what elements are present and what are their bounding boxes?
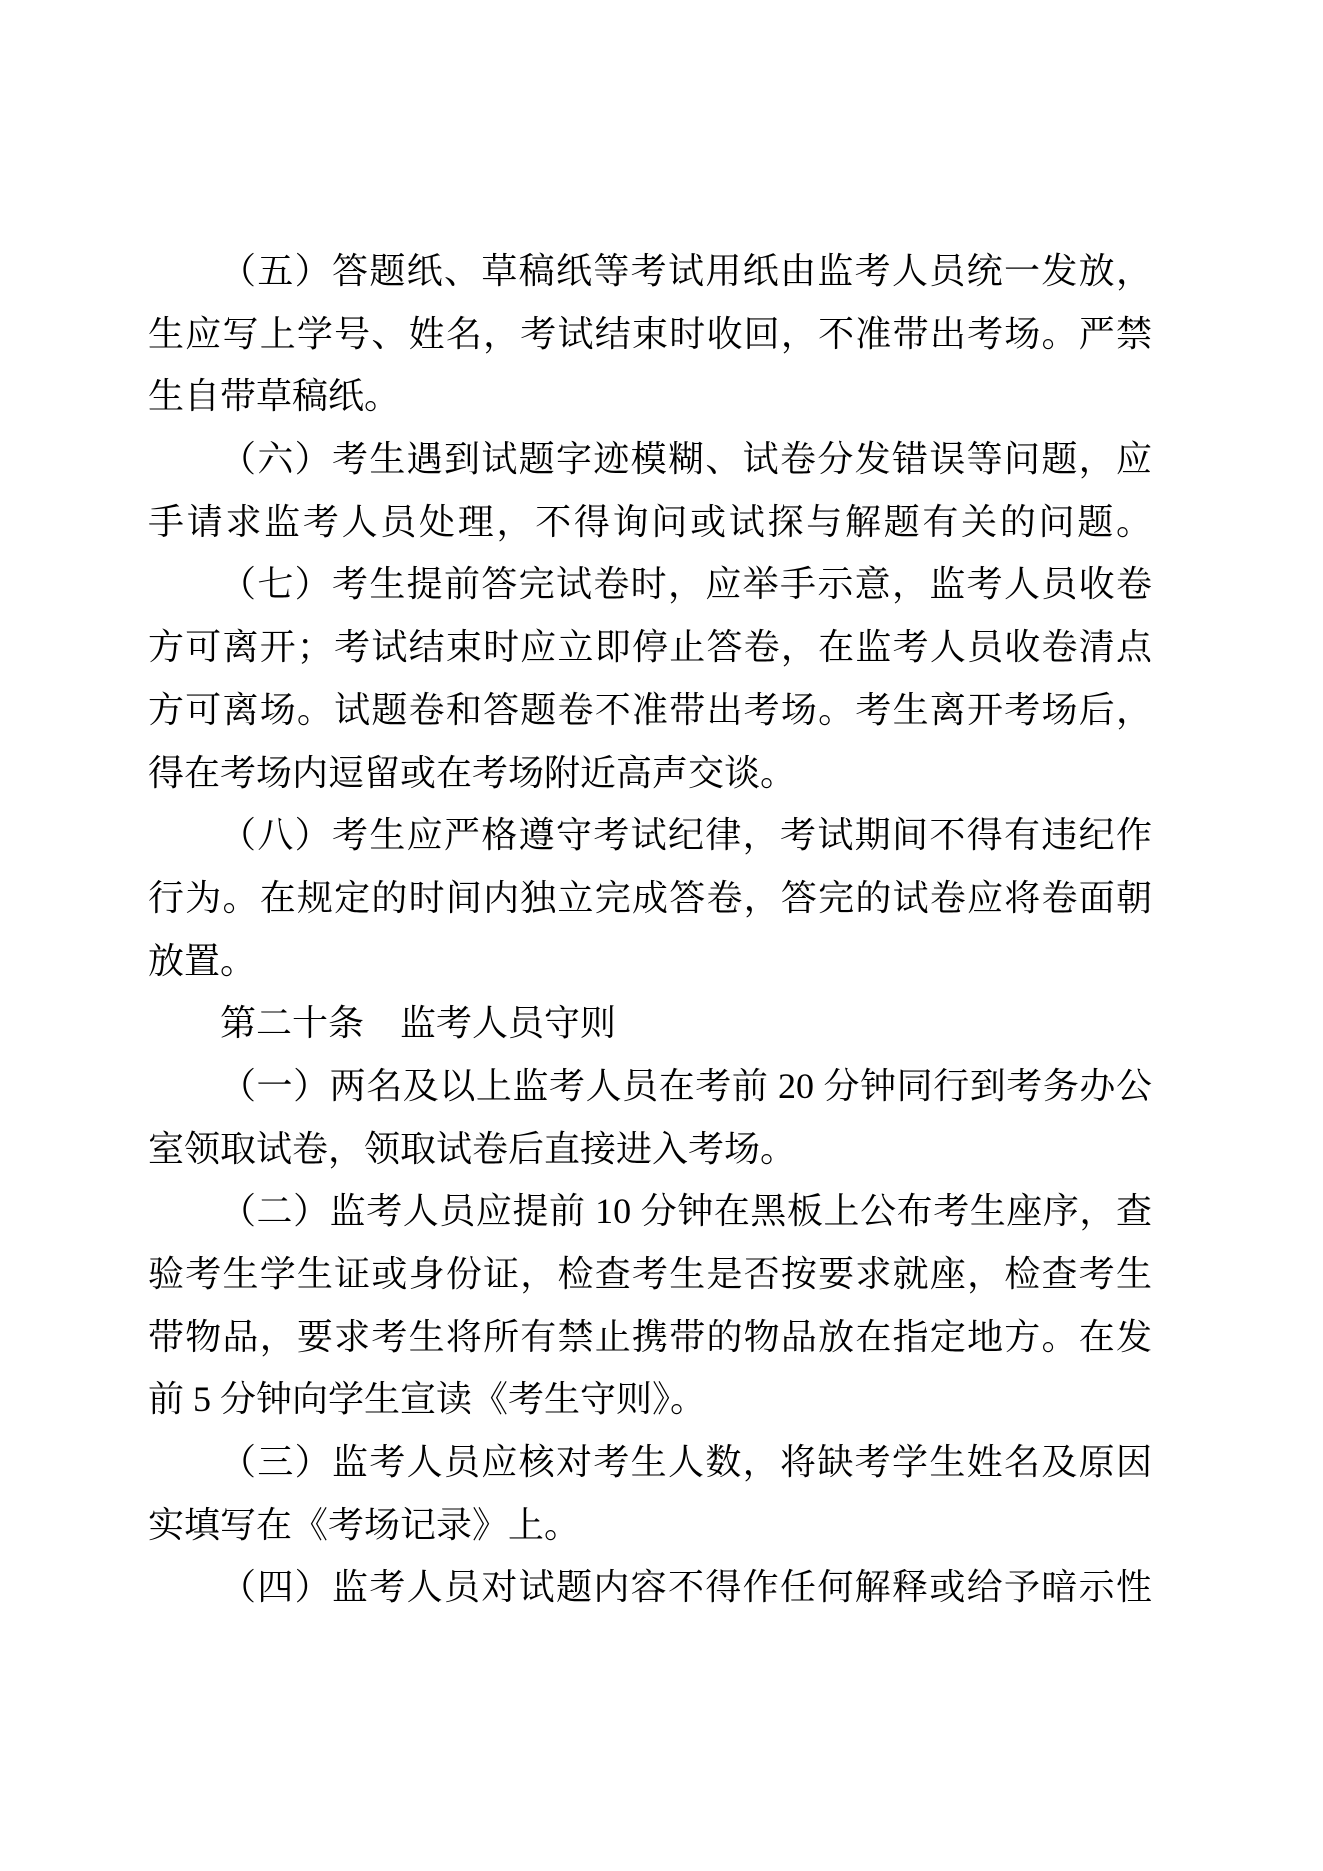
text-line: （三）监考人员应核对考生人数，将缺考学生姓名及原因如	[148, 1431, 1152, 1494]
text-line: 室领取试卷，领取试卷后直接进入考场。	[148, 1118, 1152, 1181]
text-line: 验考生学生证或身份证，检查考生是否按要求就座，检查考生携	[148, 1243, 1152, 1306]
text-line: （八）考生应严格遵守考试纪律，考试期间不得有违纪作弊	[148, 804, 1152, 867]
text-line: （五）答题纸、草稿纸等考试用纸由监考人员统一发放，考	[148, 240, 1152, 303]
text-line: 得在考场内逗留或在考场附近高声交谈。	[148, 742, 1152, 805]
text-line: （四）监考人员对试题内容不得作任何解释或给予暗示性提	[148, 1556, 1152, 1619]
text-line: 放置。	[148, 930, 1152, 993]
text-line: 第二十条 监考人员守则	[148, 992, 1152, 1055]
text-line: 前 5 分钟向学生宣读《考生守则》。	[148, 1368, 1152, 1431]
text-line: 方可离场。试题卷和答题卷不准带出考场。考生离开考场后，不	[148, 679, 1152, 742]
text-line: 带物品，要求考生将所有禁止携带的物品放在指定地方。在发卷	[148, 1306, 1152, 1369]
text-line: 方可离开；考试结束时应立即停止答卷，在监考人员收卷清点后	[148, 616, 1152, 679]
text-line: （六）考生遇到试题字迹模糊、试卷分发错误等问题，应举	[148, 428, 1152, 491]
text-line: 行为。在规定的时间内独立完成答卷，答完的试卷应将卷面朝下	[148, 867, 1152, 930]
text-body: （五）答题纸、草稿纸等考试用纸由监考人员统一发放，考生应写上学号、姓名，考试结束…	[148, 240, 1152, 1619]
text-line: 手请求监考人员处理，不得询问或试探与解题有关的问题。	[148, 491, 1152, 554]
text-line: 生自带草稿纸。	[148, 365, 1152, 428]
document-canvas: { "page": { "colors": { "background": "#…	[0, 0, 1323, 1871]
text-line: （七）考生提前答完试卷时，应举手示意，监考人员收卷后	[148, 553, 1152, 616]
text-line: （二）监考人员应提前 10 分钟在黑板上公布考生座序，查	[148, 1180, 1152, 1243]
page: （五）答题纸、草稿纸等考试用纸由监考人员统一发放，考生应写上学号、姓名，考试结束…	[0, 0, 1323, 1871]
text-line: （一）两名及以上监考人员在考前 20 分钟同行到考务办公	[148, 1055, 1152, 1118]
text-line: 实填写在《考场记录》上。	[148, 1494, 1152, 1557]
text-line: 生应写上学号、姓名，考试结束时收回，不准带出考场。严禁考	[148, 303, 1152, 366]
